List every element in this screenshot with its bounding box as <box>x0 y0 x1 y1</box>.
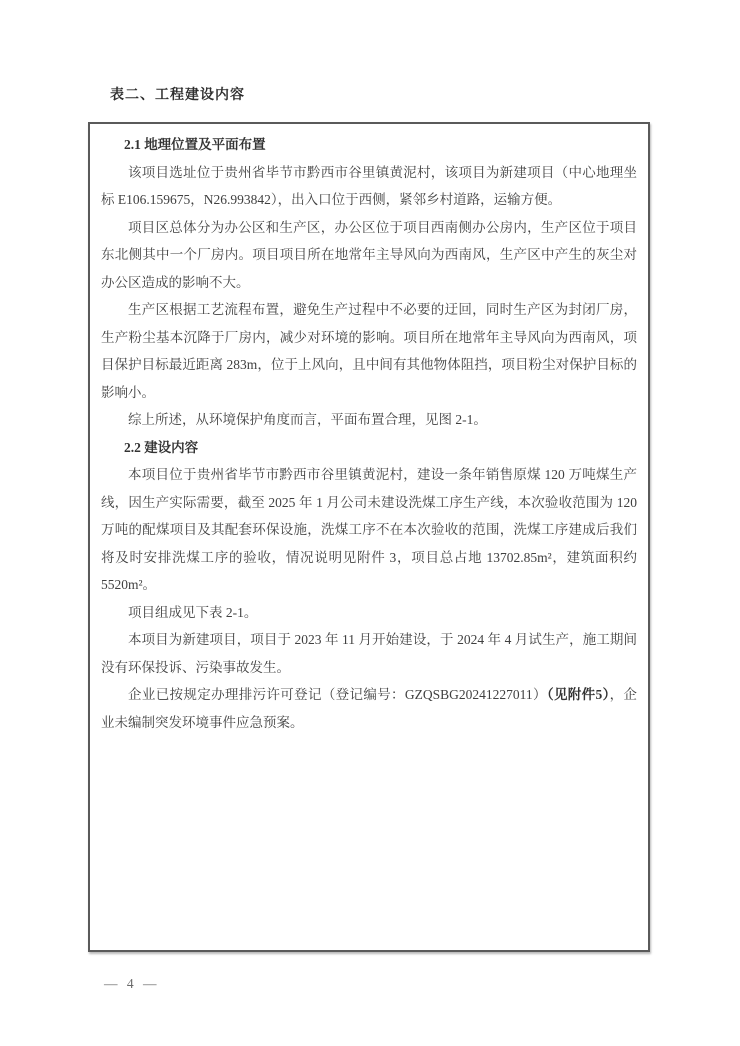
body-paragraph: 本项目为新建项目，项目于 2023 年 11 月开始建设，于 2024 年 4 … <box>101 626 637 681</box>
body-paragraph: 本项目位于贵州省毕节市黔西市谷里镇黄泥村，建设一条年销售原煤 120 万吨煤生产… <box>101 461 637 599</box>
section-heading-2-2: 2.2 建设内容 <box>101 434 637 462</box>
body-paragraph: 项目组成见下表 2-1。 <box>101 599 637 627</box>
attachment-reference-bold: （见附件5） <box>547 687 610 702</box>
permit-paragraph: 企业已按规定办理排污许可登记（登记编号：GZQSBG20241227011）（见… <box>101 681 637 736</box>
content-box: 2.1 地理位置及平面布置 该项目选址位于贵州省毕节市黔西市谷里镇黄泥村，该项目… <box>88 122 650 952</box>
body-paragraph: 项目区总体分为办公区和生产区，办公区位于项目西南侧办公房内，生产区位于项目东北侧… <box>101 214 637 297</box>
section-heading-2-1: 2.1 地理位置及平面布置 <box>101 131 637 159</box>
page-title: 表二、工程建设内容 <box>110 84 245 104</box>
document-page: 表二、工程建设内容 2.1 地理位置及平面布置 该项目选址位于贵州省毕节市黔西市… <box>0 0 740 1046</box>
body-paragraph: 综上所述，从环境保护角度而言，平面布置合理，见图 2-1。 <box>101 406 637 434</box>
page-number: — 4 — <box>104 976 160 992</box>
permit-text-before: 企业已按规定办理排污许可登记（登记编号：GZQSBG20241227011） <box>128 687 547 702</box>
body-paragraph: 该项目选址位于贵州省毕节市黔西市谷里镇黄泥村，该项目为新建项目（中心地理坐标 E… <box>101 159 637 214</box>
body-paragraph: 生产区根据工艺流程布置，避免生产过程中不必要的迂回，同时生产区为封闭厂房，生产粉… <box>101 296 637 406</box>
